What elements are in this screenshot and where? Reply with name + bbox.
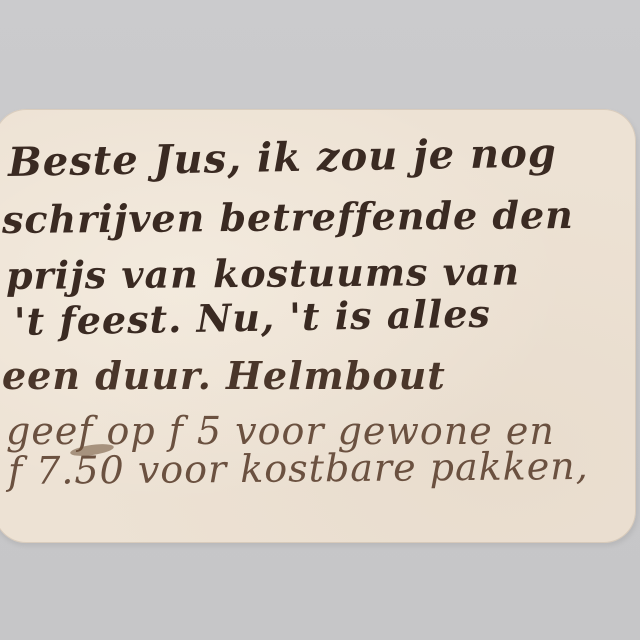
handwritten-card: Beste Jus, ik zou je nog schrijven betre… (0, 109, 636, 543)
handwriting-line-4: 't feest. Nu, 't is alles (14, 291, 492, 344)
handwriting-line-5: een duur. Helmbout (2, 353, 446, 398)
handwriting-line-7: f 7.50 voor kostbare pakken, (8, 444, 589, 493)
handwriting-line-2: schrijven betreffende den (2, 192, 574, 242)
handwriting-line-1: Beste Jus, ik zou je nog (8, 129, 558, 186)
